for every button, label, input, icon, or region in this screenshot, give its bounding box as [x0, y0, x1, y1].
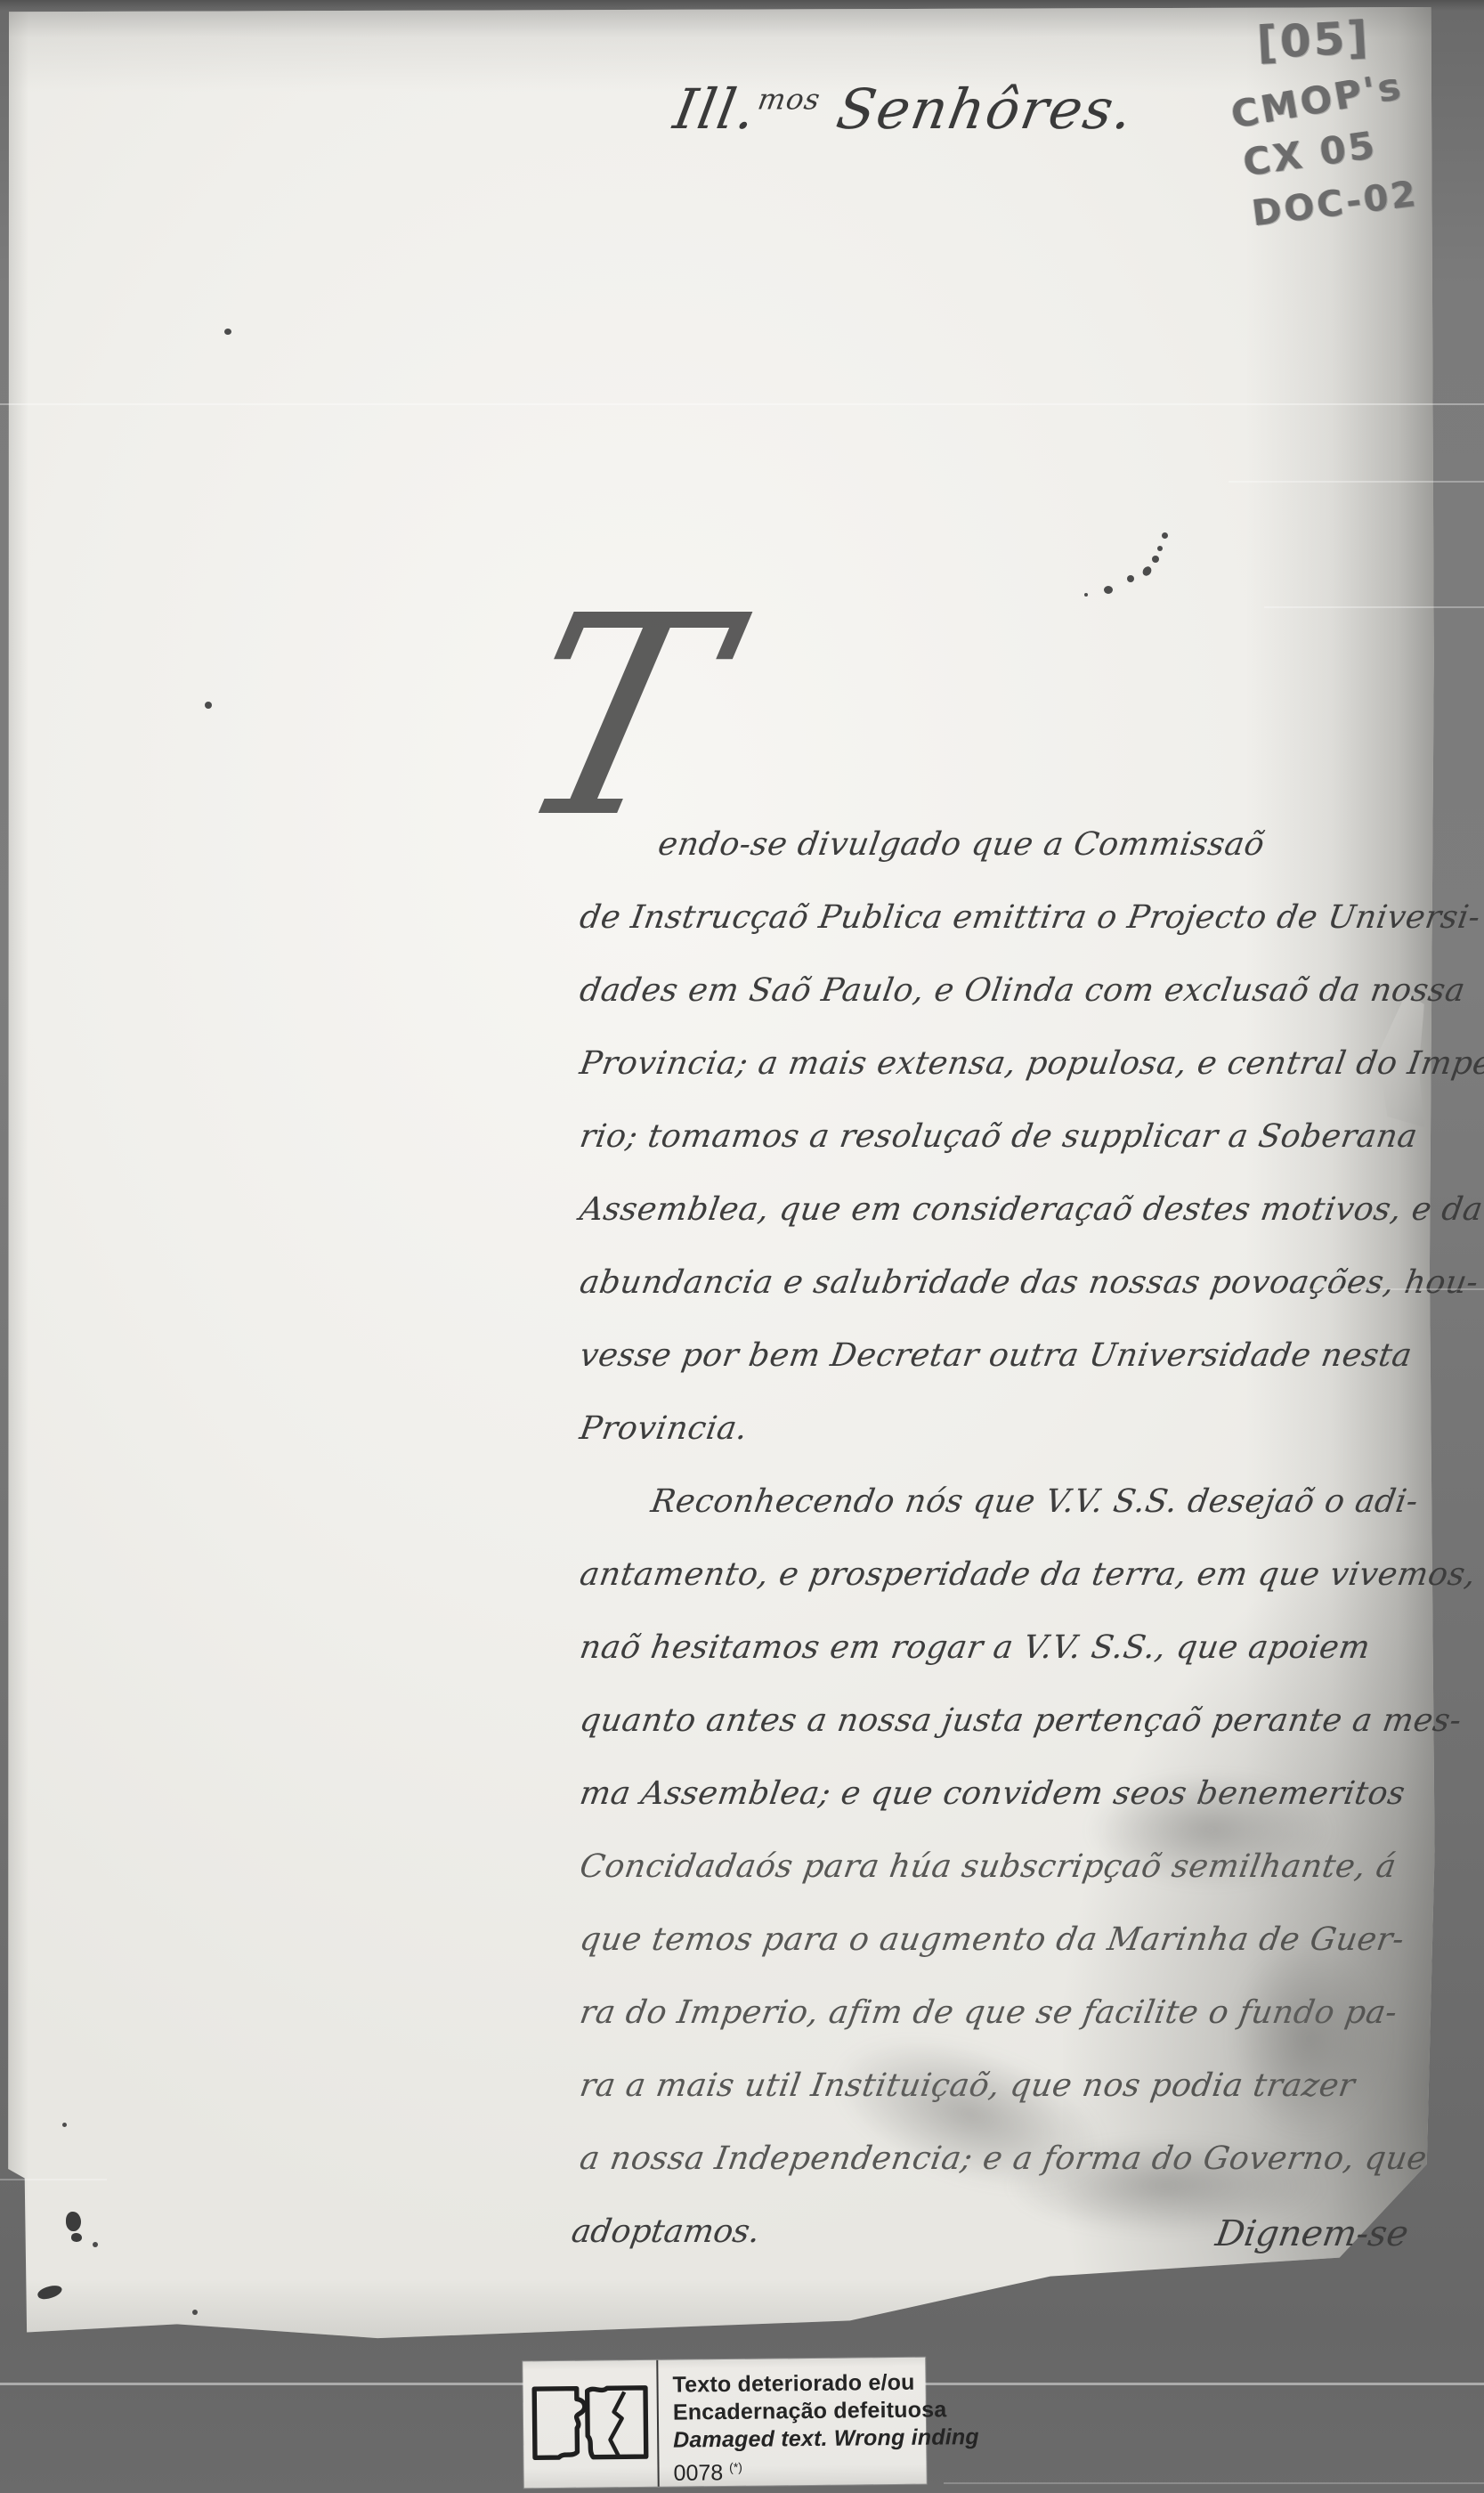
heading-prefix: Ill.: [669, 77, 763, 142]
label-text-en: Damaged text. Wrong inding: [673, 2424, 979, 2455]
ink-smudge: [1229, 1941, 1389, 2137]
manuscript-line: vesse por bem Decretar outra Universidad…: [572, 1337, 1456, 1410]
scan-background: Ill.mos Senhôres. [05] CMOP's CX 05 DOC-…: [0, 0, 1484, 2493]
ink-speck: [1104, 586, 1113, 594]
archive-label: Texto deteriorado e/ou Encadernação defe…: [523, 2358, 926, 2489]
manuscript-line: Assemblea, que em consideraçaõ destes mo…: [572, 1191, 1456, 1264]
scratch-line: [1309, 1288, 1484, 1290]
ink-speck: [1127, 575, 1134, 582]
ink-smudge: [1006, 2137, 1326, 2235]
manuscript-line: quanto antes a nossa justa pertençaõ per…: [572, 1702, 1456, 1775]
label-code: 0078: [673, 2460, 723, 2486]
label-text-pt-1: Texto deteriorado e/ou: [672, 2368, 978, 2400]
scratch-line: [1229, 481, 1484, 483]
manuscript-line: dades em Saõ Paulo, e Olinda com exclusa…: [572, 972, 1456, 1045]
label-code-line: 0078 (*): [673, 2451, 979, 2488]
heading-rest: Senhôres.: [813, 77, 1139, 142]
manuscript-line: rio; tomamos a resoluçaõ de supplicar a …: [572, 1118, 1456, 1191]
ink-speck: [1162, 532, 1168, 539]
page-heading: Ill.mos Senhôres.: [669, 77, 1139, 142]
ink-speck: [1152, 556, 1159, 563]
ink-blot: [71, 2233, 82, 2242]
manuscript-line: Provincia.: [572, 1410, 1456, 1483]
scratch-line: [944, 2482, 1484, 2484]
ink-speck: [1084, 593, 1088, 597]
scratch-line: [0, 403, 1484, 405]
ink-speck: [93, 2242, 98, 2247]
scratch-line: [0, 2179, 107, 2180]
manuscript-line: Concidadaós para húa subscripçaõ semilha…: [572, 1848, 1456, 1921]
ink-speck: [62, 2123, 67, 2127]
scratch-line: [1264, 606, 1484, 608]
archive-label-text: Texto deteriorado e/ou Encadernação defe…: [658, 2357, 979, 2487]
archive-label-icon-cell: [523, 2360, 659, 2489]
manuscript-line: de Instrucçaõ Publica emittira o Project…: [572, 899, 1456, 972]
label-text-pt-2: Encadernação defeituosa: [673, 2396, 979, 2427]
heading-superscript: mos: [755, 82, 823, 116]
ink-speck: [205, 702, 212, 709]
manuscript-line: Reconhecendo nós que V.V. S.S. desejaõ o…: [572, 1483, 1456, 1556]
label-code-note: (*): [729, 2460, 742, 2474]
manuscript-line: abundancia e salubridade das nossas povo…: [572, 1264, 1456, 1337]
manuscript-line: naõ hesitamos em rogar a V.V. S.S., que …: [572, 1629, 1456, 1702]
ink-smudge: [1086, 1772, 1335, 1888]
ink-blot: [66, 2212, 81, 2231]
manuscript-line: Provincia; a mais extensa, populosa, e c…: [572, 1045, 1456, 1118]
damaged-book-icon: [523, 2377, 657, 2472]
closing-word-left: adoptamos.: [568, 2213, 762, 2254]
screenshot-root: { "annotation": { "bracket_number": "[05…: [0, 0, 1484, 2493]
ink-speck: [1157, 546, 1163, 551]
ink-speck: [192, 2310, 198, 2315]
manuscript-line: endo-se divulgado que a Commissaõ: [572, 826, 1456, 899]
ink-speck: [224, 329, 231, 335]
closing-line: adoptamos. Dignem-se: [572, 2213, 1408, 2254]
manuscript-line: antamento, e prosperidade da terra, em q…: [572, 1556, 1456, 1629]
archival-note-number: [05]: [1256, 12, 1372, 69]
